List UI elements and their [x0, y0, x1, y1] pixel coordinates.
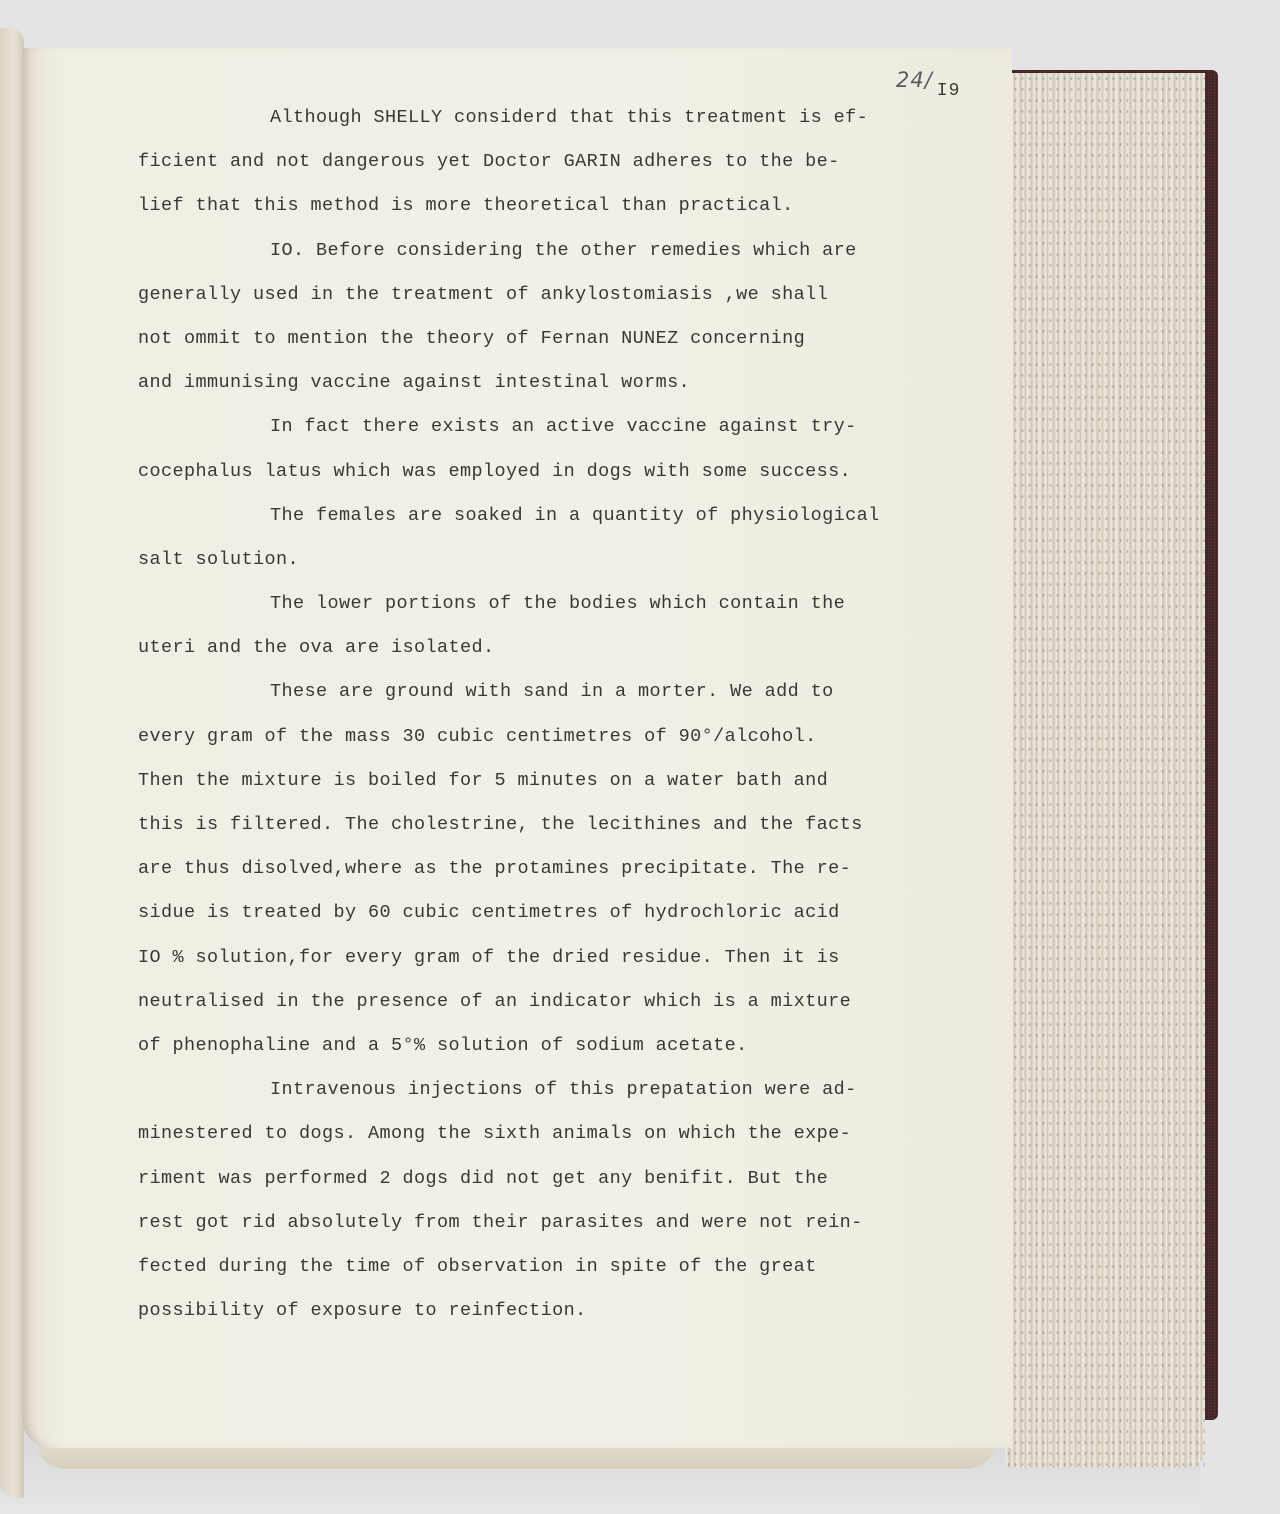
text-line: ficient and not dangerous yet Doctor GAR… — [138, 140, 978, 184]
text-line: minestered to dogs. Among the sixth anim… — [138, 1112, 978, 1156]
text-line: rest got rid absolutely from their paras… — [138, 1201, 978, 1245]
text-line: uteri and the ova are isolated. — [138, 626, 978, 670]
left-facing-page-edge — [0, 28, 24, 1498]
text-line: of phenophaline and a 5°% solution of so… — [138, 1024, 978, 1068]
text-line: not ommit to mention the theory of Ferna… — [138, 317, 978, 361]
page-body-text: Although SHELLY considerd that this trea… — [138, 96, 978, 1333]
text-line: every gram of the mass 30 cubic centimet… — [138, 715, 978, 759]
text-line: neutralised in the presence of an indica… — [138, 980, 978, 1024]
text-line: lief that this method is more theoretica… — [138, 184, 978, 228]
text-line: fected during the time of observation in… — [138, 1245, 978, 1289]
text-line: Intravenous injections of this prepatati… — [138, 1068, 978, 1112]
text-line: IO % solution,for every gram of the drie… — [138, 936, 978, 980]
handwritten-folio: 24/ — [896, 68, 933, 92]
text-line: are thus disolved,where as the protamine… — [138, 847, 978, 891]
text-line: The females are soaked in a quantity of … — [138, 494, 978, 538]
text-line: cocephalus latus which was employed in d… — [138, 450, 978, 494]
text-line: and immunising vaccine against intestina… — [138, 361, 978, 405]
text-line: These are ground with sand in a morter. … — [138, 670, 978, 714]
page-number: 24/I9 — [896, 68, 960, 93]
text-line: sidue is treated by 60 cubic centimetres… — [138, 891, 978, 935]
text-line: possibility of exposure to reinfection. — [138, 1289, 978, 1333]
text-line: Then the mixture is boiled for 5 minutes… — [138, 759, 978, 803]
text-line: The lower portions of the bodies which c… — [138, 582, 978, 626]
text-line: IO. Before considering the other remedie… — [138, 229, 978, 273]
text-line: this is filtered. The cholestrine, the l… — [138, 803, 978, 847]
text-line: riment was performed 2 dogs did not get … — [138, 1157, 978, 1201]
text-line: In fact there exists an active vaccine a… — [138, 405, 978, 449]
book-page-edges — [1005, 73, 1205, 1468]
book-photograph: 24/I9 Although SHELLY considerd that thi… — [0, 0, 1280, 1514]
text-line: Although SHELLY considerd that this trea… — [138, 96, 978, 140]
text-line: generally used in the treatment of ankyl… — [138, 273, 978, 317]
text-line: salt solution. — [138, 538, 978, 582]
